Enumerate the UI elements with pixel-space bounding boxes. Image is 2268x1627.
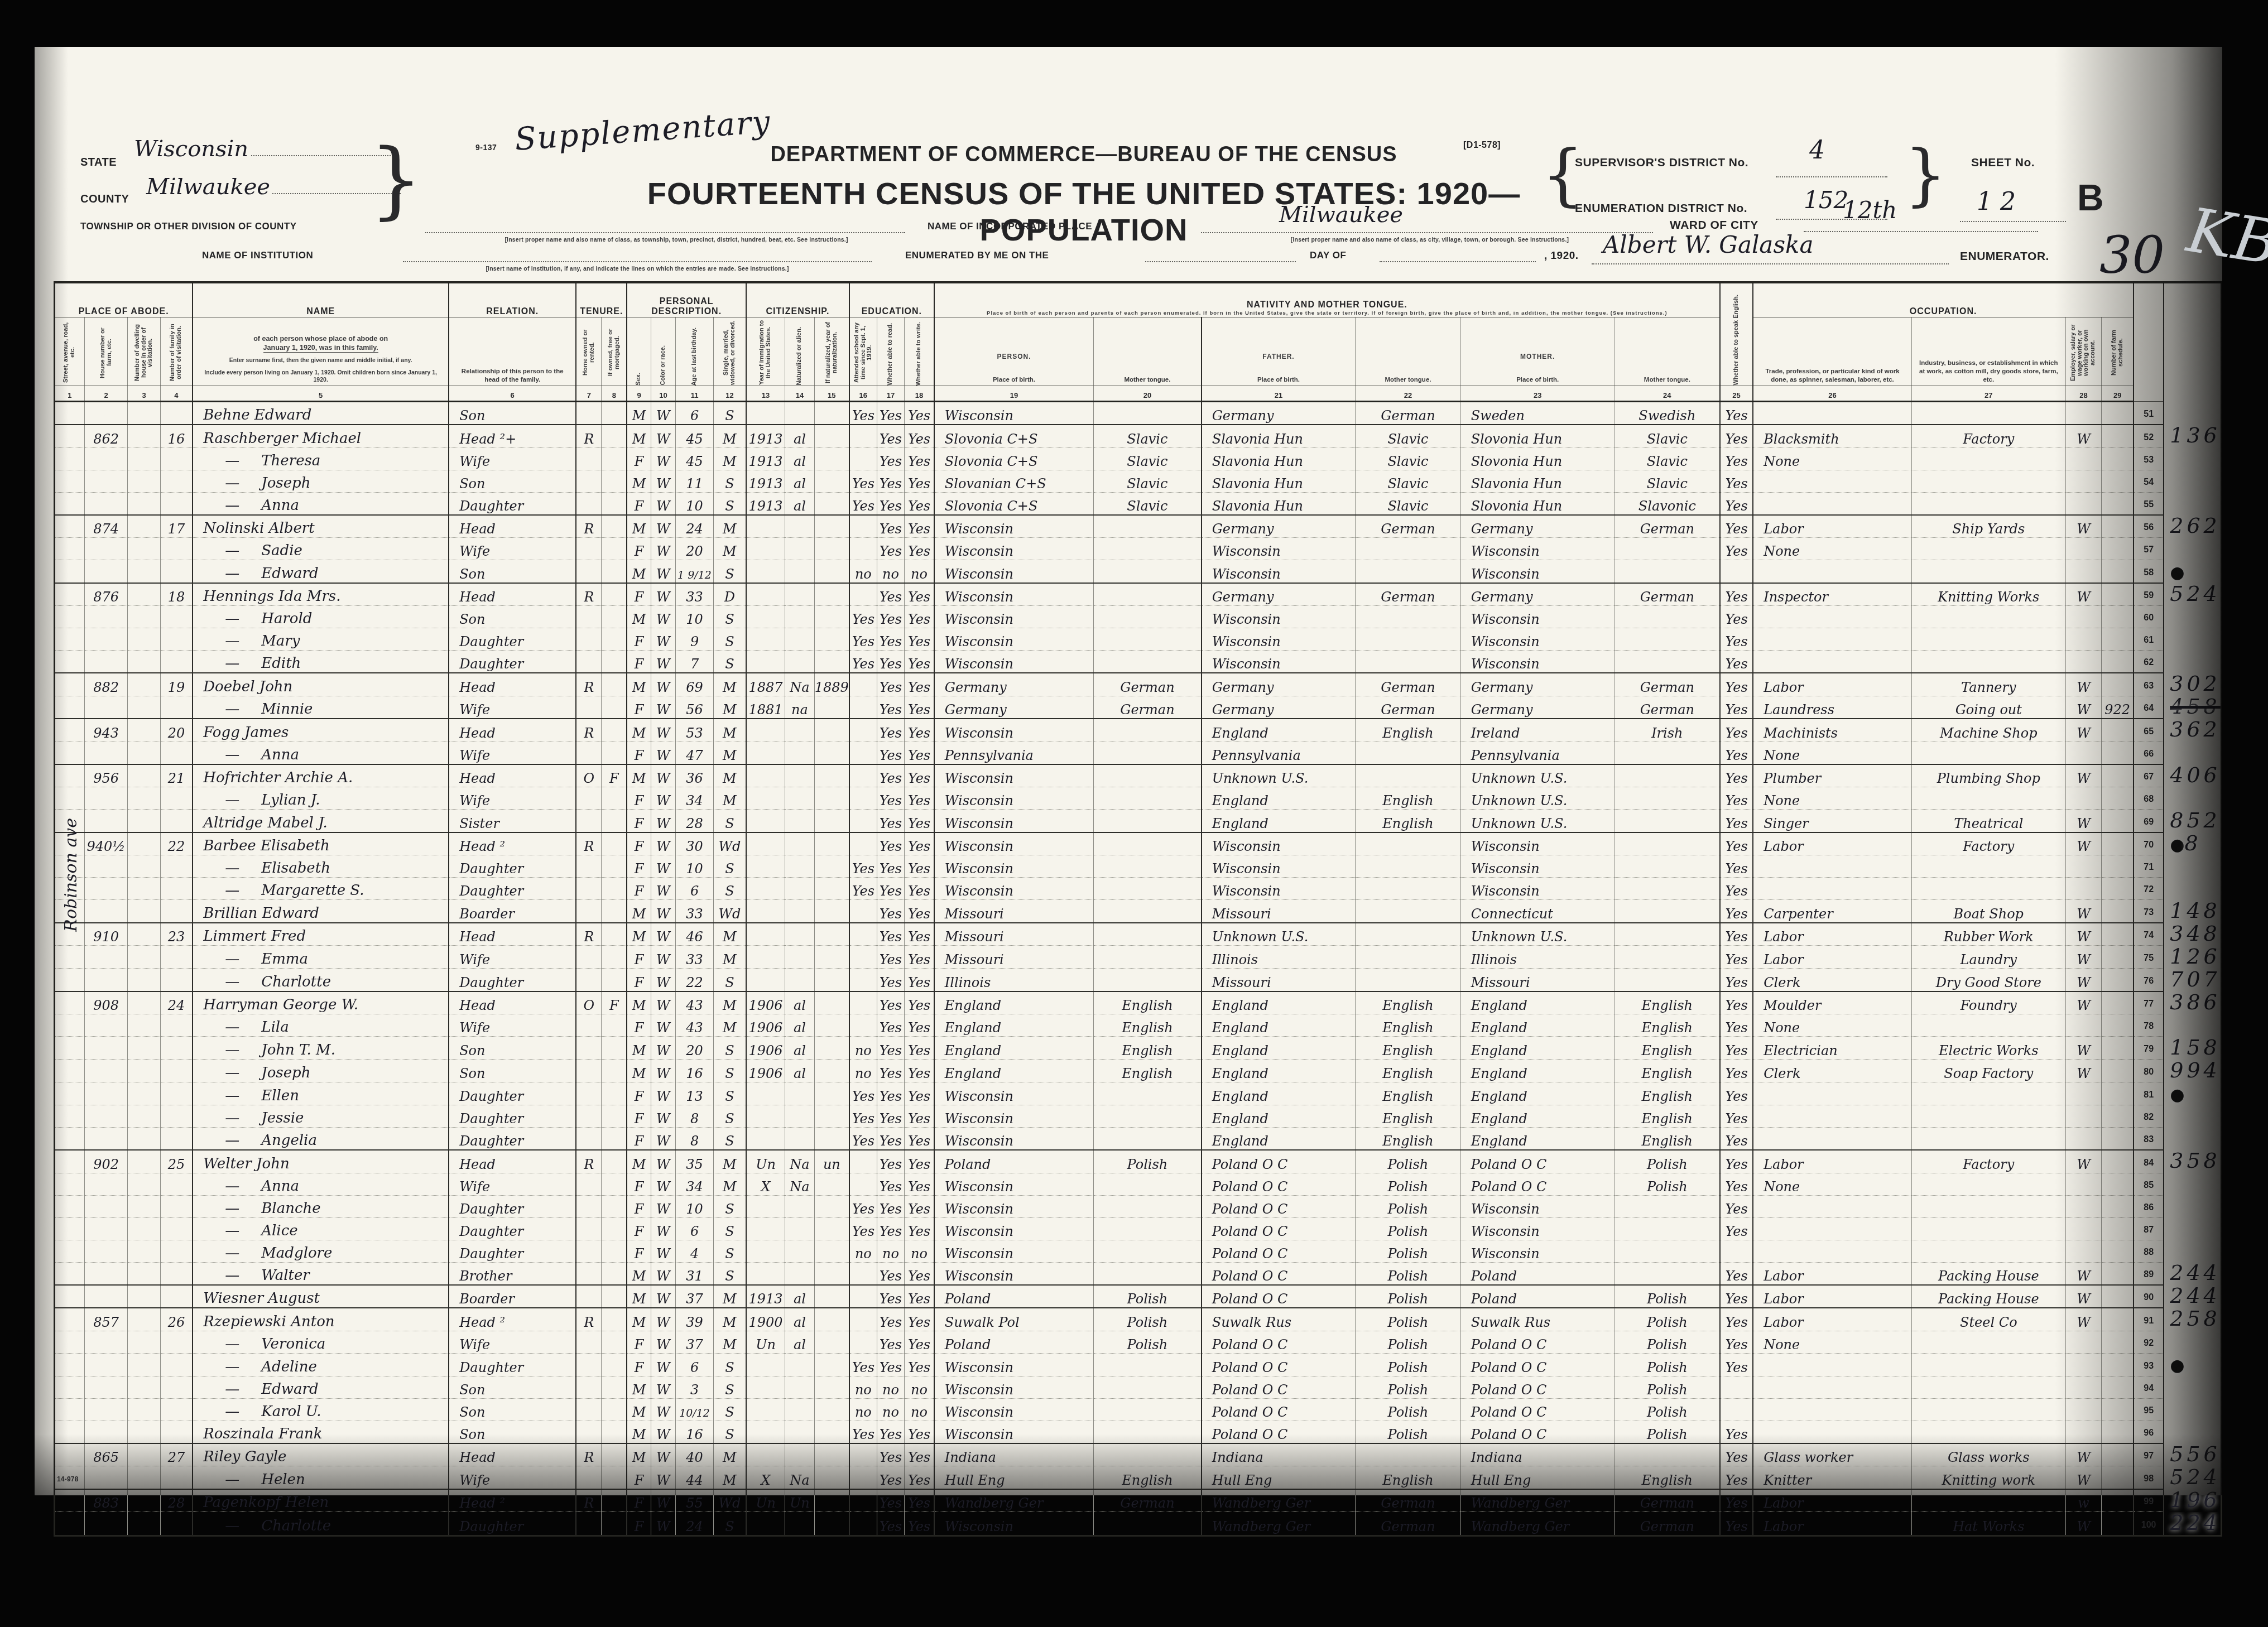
col-num-21: 21: [1202, 386, 1356, 402]
census-row-67: 95621Hofrichter Archie A.HeadOFMW36MYesY…: [55, 764, 2222, 787]
cell-write-95: no: [905, 1398, 934, 1421]
cell-occupation-59: Inspector: [1753, 583, 1911, 606]
cell-color-76: W: [651, 969, 676, 991]
census-row-84: 90225Welter JohnHeadRMW35MUnNaunYesYesPo…: [55, 1150, 2222, 1173]
cell-naturalized-83: [785, 1128, 815, 1151]
cell-margin-note-73: 148: [2164, 900, 2221, 923]
cell-owned-94: [576, 1376, 602, 1398]
cell-naturalization-year-69: [814, 810, 849, 832]
cell-name-98: —Helen: [193, 1466, 449, 1489]
cell-line-number-55: 55: [2134, 492, 2164, 515]
cell-school-54: Yes: [849, 470, 877, 492]
cell-marital-94: S: [713, 1376, 746, 1398]
cell-relation-66: Wife: [449, 742, 576, 764]
census-row-81: —EllenDaughterFW13SYesYesYesWisconsinEng…: [55, 1082, 2222, 1105]
cell-father-mother-tongue-63: German: [1356, 673, 1460, 696]
cell-line-number-57: 57: [2134, 538, 2164, 560]
cell-dwelling-69: [128, 810, 160, 832]
cell-free-70: [602, 832, 627, 855]
cell-street-53: [55, 447, 85, 470]
cell-dwelling-72: [128, 878, 160, 900]
cell-sex-54: M: [627, 470, 651, 492]
cell-naturalization-year-82: [814, 1105, 849, 1128]
cell-house-93: [84, 1353, 127, 1376]
cell-employer-87: [2065, 1217, 2102, 1240]
cell-mother-birthplace-61: Wisconsin: [1460, 628, 1614, 651]
cell-dwelling-56: [128, 515, 160, 538]
cell-naturalized-62: [785, 651, 815, 673]
cell-color-96: W: [651, 1421, 676, 1443]
cell-name-79: —John T. M.: [193, 1037, 449, 1060]
cell-naturalized-92: al: [785, 1331, 815, 1353]
cell-relation-74: Head: [449, 923, 576, 946]
cell-school-97: [849, 1443, 877, 1466]
cell-father-birthplace-51: Germany: [1202, 402, 1356, 425]
census-row-89: —WalterBrotherMW31SYesYesWisconsinPoland…: [55, 1262, 2222, 1285]
cell-sex-88: F: [627, 1240, 651, 1262]
group-name: NAME: [193, 282, 449, 317]
cell-school-63: [849, 673, 877, 696]
cell-father-mother-tongue-94: Polish: [1356, 1376, 1460, 1398]
cell-mother-birthplace-93: Poland O C: [1460, 1353, 1614, 1376]
cell-mother-birthplace-55: Slovonia Hun: [1460, 492, 1614, 515]
cell-owned-62: [576, 651, 602, 673]
cell-industry-85: [1911, 1173, 2065, 1195]
cell-school-74: [849, 923, 877, 946]
col-num-7: 7: [576, 386, 602, 402]
cell-birthplace-100: Wisconsin: [934, 1512, 1094, 1536]
cell-relation-55: Daughter: [449, 492, 576, 515]
cell-house-58: [84, 560, 127, 583]
cell-street-94: [55, 1376, 85, 1398]
cell-father-mother-tongue-91: Polish: [1356, 1308, 1460, 1331]
cell-line-number-59: 59: [2134, 583, 2164, 606]
cell-mother-tongue-79: English: [1094, 1037, 1202, 1060]
census-row-66: —AnnaWifeFW47MYesYesPennsylvaniaPennsylv…: [55, 742, 2222, 764]
cell-mother-mother-tongue-79: English: [1614, 1037, 1720, 1060]
cell-speaks-english-66: Yes: [1720, 742, 1753, 764]
cell-owned-67: O: [576, 764, 602, 787]
cell-name-83: —Angelia: [193, 1128, 449, 1151]
cell-free-66: [602, 742, 627, 764]
cell-color-74: W: [651, 923, 676, 946]
cell-margin-note-63: 302: [2164, 673, 2221, 696]
cell-naturalization-year-92: [814, 1331, 849, 1353]
cell-speaks-english-61: Yes: [1720, 628, 1753, 651]
cell-write-82: Yes: [905, 1105, 934, 1128]
cell-farm-schedule-73: [2102, 900, 2134, 923]
cell-naturalized-74: [785, 923, 815, 946]
cell-line-number-94: 94: [2134, 1376, 2164, 1398]
cell-naturalization-year-62: [814, 651, 849, 673]
col-head-dwelling: Number of dwelling house in order of vis…: [128, 317, 160, 386]
cell-line-number-65: 65: [2134, 719, 2164, 742]
cell-owned-89: [576, 1262, 602, 1285]
cell-dwelling-84: [128, 1150, 160, 1173]
cell-relation-89: Brother: [449, 1262, 576, 1285]
cell-industry-96: [1911, 1421, 2065, 1443]
cell-father-birthplace-69: England: [1202, 810, 1356, 832]
cell-industry-64: Going out: [1911, 696, 2065, 719]
cell-farm-schedule-89: [2102, 1262, 2134, 1285]
cell-occupation-65: Machinists: [1753, 719, 1911, 742]
cell-immigration-year-84: Un: [746, 1150, 785, 1173]
cell-naturalized-52: al: [785, 425, 815, 447]
cell-line-number-81: 81: [2134, 1082, 2164, 1105]
cell-mother-tongue-90: Polish: [1094, 1285, 1202, 1308]
cell-immigration-year-51: [746, 402, 785, 425]
cell-father-mother-tongue-86: Polish: [1356, 1195, 1460, 1217]
cell-free-98: [602, 1466, 627, 1489]
cell-employer-67: W: [2065, 764, 2102, 787]
cell-house-81: [84, 1082, 127, 1105]
cell-relation-90: Boarder: [449, 1285, 576, 1308]
cell-color-86: W: [651, 1195, 676, 1217]
cell-age-81: 13: [676, 1082, 714, 1105]
cell-sex-82: F: [627, 1105, 651, 1128]
cell-mother-tongue-52: Slavic: [1094, 425, 1202, 447]
cell-father-birthplace-91: Suwalk Rus: [1202, 1308, 1356, 1331]
cell-birthplace-75: Missouri: [934, 946, 1094, 969]
cell-immigration-year-59: [746, 583, 785, 606]
cell-mother-mother-tongue-84: Polish: [1614, 1150, 1720, 1173]
cell-marital-80: S: [713, 1060, 746, 1082]
cell-street-78: [55, 1014, 85, 1037]
cell-name-89: —Walter: [193, 1262, 449, 1285]
cell-sex-56: M: [627, 515, 651, 538]
cell-naturalized-79: al: [785, 1037, 815, 1060]
cell-speaks-english-71: Yes: [1720, 855, 1753, 878]
cell-occupation-78: None: [1753, 1014, 1911, 1037]
cell-owned-54: [576, 470, 602, 492]
cell-immigration-year-67: [746, 764, 785, 787]
cell-house-62: [84, 651, 127, 673]
cell-margin-note-95: [2164, 1398, 2221, 1421]
cell-margin-note-55: [2164, 492, 2221, 515]
cell-naturalization-year-76: [814, 969, 849, 991]
cell-owned-76: [576, 969, 602, 991]
cell-line-number-52: 52: [2134, 425, 2164, 447]
census-row-88: —MadgloreDaughterFW4SnononoWisconsinPola…: [55, 1240, 2222, 1262]
cell-speaks-english-57: Yes: [1720, 538, 1753, 560]
cell-name-72: —Margarette S.: [193, 878, 449, 900]
cell-sex-90: M: [627, 1285, 651, 1308]
cell-industry-51: [1911, 402, 2065, 425]
cell-mother-birthplace-68: Unknown U.S.: [1460, 787, 1614, 810]
cell-color-100: W: [651, 1512, 676, 1536]
cell-margin-note-78: [2164, 1014, 2221, 1037]
state-value-wrap: Wisconsin: [134, 136, 391, 162]
cell-immigration-year-81: [746, 1082, 785, 1105]
cell-name-84: Welter John: [193, 1150, 449, 1173]
cell-birthplace-80: England: [934, 1060, 1094, 1082]
census-row-91: 85726Rzepiewski AntonHead ²RMW39M1900alY…: [55, 1308, 2222, 1331]
cell-industry-67: Plumbing Shop: [1911, 764, 2065, 787]
cell-read-66: Yes: [877, 742, 904, 764]
cell-industry-75: Laundry: [1911, 946, 2065, 969]
cell-father-birthplace-54: Slavonia Hun: [1202, 470, 1356, 492]
cell-occupation-71: [1753, 855, 1911, 878]
cell-read-54: Yes: [877, 470, 904, 492]
cell-father-birthplace-81: England: [1202, 1082, 1356, 1105]
cell-owned-98: [576, 1466, 602, 1489]
col-num-27: 27: [1911, 386, 2065, 402]
census-row-83: —AngeliaDaughterFW8SYesYesYesWisconsinEn…: [55, 1128, 2222, 1151]
cell-occupation-74: Labor: [1753, 923, 1911, 946]
cell-street-58: [55, 560, 85, 583]
cell-father-birthplace-66: Pennsylvania: [1202, 742, 1356, 764]
cell-sex-67: M: [627, 764, 651, 787]
col-head-birthplace: PERSON.Place of birth.: [934, 317, 1094, 386]
cell-sex-75: F: [627, 946, 651, 969]
cell-naturalization-year-89: [814, 1262, 849, 1285]
cell-speaks-english-74: Yes: [1720, 923, 1753, 946]
cell-speaks-english-98: Yes: [1720, 1466, 1753, 1489]
cell-immigration-year-89: [746, 1262, 785, 1285]
cell-school-98: [849, 1466, 877, 1489]
cell-name-55: —Anna: [193, 492, 449, 515]
cell-mother-mother-tongue-70: [1614, 832, 1720, 855]
cell-street-85: [55, 1173, 85, 1195]
cell-naturalization-year-88: [814, 1240, 849, 1262]
cell-family-62: [160, 651, 193, 673]
cell-house-72: [84, 878, 127, 900]
cell-line-number-97: 97: [2134, 1443, 2164, 1466]
cell-naturalization-year-98: [814, 1466, 849, 1489]
cell-line-number-66: 66: [2134, 742, 2164, 764]
cell-margin-note-71: [2164, 855, 2221, 878]
cell-naturalized-88: [785, 1240, 815, 1262]
cell-mother-tongue-83: [1094, 1128, 1202, 1151]
cell-dwelling-80: [128, 1060, 160, 1082]
cell-dwelling-97: [128, 1443, 160, 1466]
cell-birthplace-55: Slovonia C+S: [934, 492, 1094, 515]
cell-line-number-92: 92: [2134, 1331, 2164, 1353]
cell-house-74: 910: [84, 923, 127, 946]
cell-dwelling-64: [128, 696, 160, 719]
cell-owned-82: [576, 1105, 602, 1128]
cell-father-mother-tongue-54: Slavic: [1356, 470, 1460, 492]
cell-father-mother-tongue-59: German: [1356, 583, 1460, 606]
cell-owned-78: [576, 1014, 602, 1037]
cell-write-83: Yes: [905, 1128, 934, 1151]
cell-immigration-year-99: Un: [746, 1489, 785, 1512]
cell-mother-birthplace-99: Wandberg Ger: [1460, 1489, 1614, 1512]
cell-margin-note-89: 244: [2164, 1262, 2221, 1285]
cell-occupation-87: [1753, 1217, 1911, 1240]
cell-write-71: Yes: [905, 855, 934, 878]
cell-farm-schedule-60: [2102, 606, 2134, 628]
cell-street-93: [55, 1353, 85, 1376]
cell-sex-73: M: [627, 900, 651, 923]
cell-age-55: 10: [676, 492, 714, 515]
cell-age-52: 45: [676, 425, 714, 447]
cell-industry-71: [1911, 855, 2065, 878]
cell-margin-note-96: [2164, 1421, 2221, 1443]
cell-relation-98: Wife: [449, 1466, 576, 1489]
cell-speaks-english-75: Yes: [1720, 946, 1753, 969]
cell-house-77: 908: [84, 991, 127, 1014]
cell-mother-tongue-51: [1094, 402, 1202, 425]
cell-father-mother-tongue-51: German: [1356, 402, 1460, 425]
cell-industry-56: Ship Yards: [1911, 515, 2065, 538]
cell-mother-mother-tongue-88: [1614, 1240, 1720, 1262]
cell-industry-72: [1911, 878, 2065, 900]
cell-line-number-68: 68: [2134, 787, 2164, 810]
cell-house-71: [84, 855, 127, 878]
cell-margin-note-70: ●8: [2164, 832, 2221, 855]
cell-marital-69: S: [713, 810, 746, 832]
cell-free-79: [602, 1037, 627, 1060]
cell-color-85: W: [651, 1173, 676, 1195]
cell-house-65: 943: [84, 719, 127, 742]
cell-read-95: no: [877, 1398, 904, 1421]
cell-employer-64: W: [2065, 696, 2102, 719]
cell-read-65: Yes: [877, 719, 904, 742]
census-row-57: —SadieWifeFW20MYesYesWisconsinWisconsinW…: [55, 538, 2222, 560]
cell-industry-73: Boat Shop: [1911, 900, 2065, 923]
cell-farm-schedule-93: [2102, 1353, 2134, 1376]
cell-name-90: Wiesner August: [193, 1285, 449, 1308]
cell-marital-56: M: [713, 515, 746, 538]
cell-margin-note-68: [2164, 787, 2221, 810]
cell-speaks-english-85: Yes: [1720, 1173, 1753, 1195]
cell-age-84: 35: [676, 1150, 714, 1173]
cell-owned-71: [576, 855, 602, 878]
cell-naturalization-year-63: 1889: [814, 673, 849, 696]
cell-line-number-86: 86: [2134, 1195, 2164, 1217]
cell-relation-71: Daughter: [449, 855, 576, 878]
cell-read-77: Yes: [877, 991, 904, 1014]
cell-write-86: Yes: [905, 1195, 934, 1217]
cell-color-81: W: [651, 1082, 676, 1105]
cell-free-51: [602, 402, 627, 425]
cell-father-mother-tongue-89: Polish: [1356, 1262, 1460, 1285]
cell-school-82: Yes: [849, 1105, 877, 1128]
cell-employer-69: W: [2065, 810, 2102, 832]
cell-sex-91: M: [627, 1308, 651, 1331]
cell-mother-mother-tongue-64: German: [1614, 696, 1720, 719]
cell-line-number-56: 56: [2134, 515, 2164, 538]
cell-line-number-63: 63: [2134, 673, 2164, 696]
cell-father-mother-tongue-67: [1356, 764, 1460, 787]
cell-free-93: [602, 1353, 627, 1376]
cell-farm-schedule-77: [2102, 991, 2134, 1014]
doc-code: [D1-578]: [1463, 141, 1501, 151]
cell-naturalization-year-96: [814, 1421, 849, 1443]
cell-write-77: Yes: [905, 991, 934, 1014]
col-num-16: 16: [849, 386, 877, 402]
incorporated-note: [Insert proper name and also name of cla…: [1218, 237, 1642, 243]
ward-line: [1804, 231, 2038, 232]
cell-color-77: W: [651, 991, 676, 1014]
cell-color-58: W: [651, 560, 676, 583]
cell-family-69: [160, 810, 193, 832]
cell-street-65: [55, 719, 85, 742]
cell-birthplace-83: Wisconsin: [934, 1128, 1094, 1151]
census-row-64: —MinnieWifeFW56M1881naYesYesGermanyGerma…: [55, 696, 2222, 719]
cell-mother-mother-tongue-89: [1614, 1262, 1720, 1285]
col-num-12: 12: [713, 386, 746, 402]
cell-street-59: [55, 583, 85, 606]
cell-write-89: Yes: [905, 1262, 934, 1285]
cell-immigration-year-63: 1887: [746, 673, 785, 696]
cell-sex-63: M: [627, 673, 651, 696]
cell-sex-83: F: [627, 1128, 651, 1151]
enumerator-signature: Albert W. Galaska: [1603, 231, 1813, 258]
cell-father-birthplace-77: England: [1202, 991, 1356, 1014]
cell-speaks-english-90: Yes: [1720, 1285, 1753, 1308]
cell-naturalization-year-68: [814, 787, 849, 810]
cell-farm-schedule-55: [2102, 492, 2134, 515]
enumerated-day-line: [1145, 261, 1296, 262]
cell-marital-59: D: [713, 583, 746, 606]
cell-dwelling-63: [128, 673, 160, 696]
cell-name-82: —Jessie: [193, 1105, 449, 1128]
cell-immigration-year-71: [746, 855, 785, 878]
cell-speaks-english-53: Yes: [1720, 447, 1753, 470]
cell-color-60: W: [651, 606, 676, 628]
cell-sex-51: M: [627, 402, 651, 425]
cell-birthplace-92: Poland: [934, 1331, 1094, 1353]
cell-speaks-english-97: Yes: [1720, 1443, 1753, 1466]
cell-birthplace-60: Wisconsin: [934, 606, 1094, 628]
cell-occupation-83: [1753, 1128, 1911, 1151]
cell-mother-mother-tongue-82: English: [1614, 1105, 1720, 1128]
cell-write-62: Yes: [905, 651, 934, 673]
cell-marital-93: S: [713, 1353, 746, 1376]
col-head-industry: Industry, business, or establishment in …: [1911, 317, 2065, 386]
cell-free-57: [602, 538, 627, 560]
cell-margin-note-54: [2164, 470, 2221, 492]
cell-sex-72: F: [627, 878, 651, 900]
cell-occupation-99: Labor: [1753, 1489, 1911, 1512]
cell-sex-52: M: [627, 425, 651, 447]
cell-line-number-64: 64: [2134, 696, 2164, 719]
col-num-19: 19: [934, 386, 1094, 402]
cell-free-64: [602, 696, 627, 719]
cell-color-88: W: [651, 1240, 676, 1262]
cell-immigration-year-69: [746, 810, 785, 832]
cell-naturalized-73: [785, 900, 815, 923]
cell-color-95: W: [651, 1398, 676, 1421]
cell-dwelling-54: [128, 470, 160, 492]
cell-read-59: Yes: [877, 583, 904, 606]
cell-father-mother-tongue-62: [1356, 651, 1460, 673]
cell-occupation-51: [1753, 402, 1911, 425]
cell-family-67: 21: [160, 764, 193, 787]
census-row-100: —CharlotteDaughterFW24SYesYesWisconsinWa…: [55, 1512, 2222, 1536]
cell-marital-64: M: [713, 696, 746, 719]
cell-farm-schedule-69: [2102, 810, 2134, 832]
cell-mother-mother-tongue-98: English: [1614, 1466, 1720, 1489]
census-row-69: Altridge Mabel J.SisterFW28SYesYesWiscon…: [55, 810, 2222, 832]
cell-birthplace-71: Wisconsin: [934, 855, 1094, 878]
cell-family-92: [160, 1331, 193, 1353]
cell-school-66: [849, 742, 877, 764]
cell-speaks-english-79: Yes: [1720, 1037, 1753, 1060]
cell-color-98: W: [651, 1466, 676, 1489]
cell-family-59: 18: [160, 583, 193, 606]
census-row-93: —AdelineDaughterFW6SYesYesYesWisconsinPo…: [55, 1353, 2222, 1376]
cell-father-mother-tongue-75: [1356, 946, 1460, 969]
census-row-58: —EdwardSonMW1 9/12SnononoWisconsinWiscon…: [55, 560, 2222, 583]
census-row-72: —Margarette S.DaughterFW6SYesYesYesWisco…: [55, 878, 2222, 900]
cell-sex-93: F: [627, 1353, 651, 1376]
col-head-read: Whether able to read.: [877, 317, 904, 386]
cell-mother-birthplace-51: Sweden: [1460, 402, 1614, 425]
cell-mother-birthplace-52: Slovonia Hun: [1460, 425, 1614, 447]
